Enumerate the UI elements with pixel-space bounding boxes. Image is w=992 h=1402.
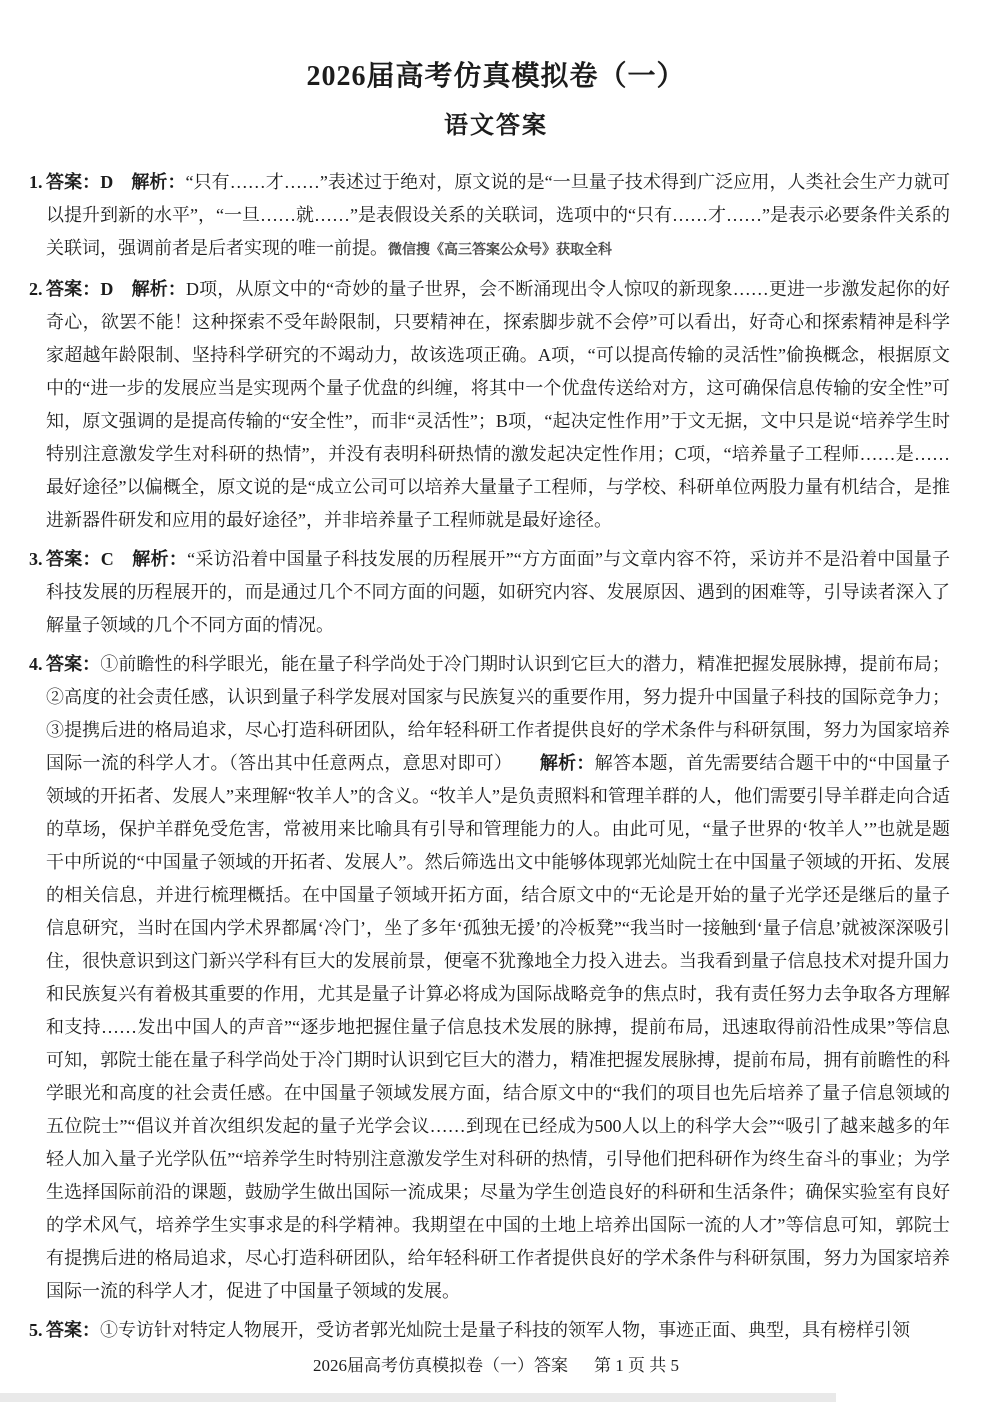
answer-label: 答案：D 解析： — [46, 279, 186, 299]
answer-number: 2. — [29, 273, 43, 306]
answer-item: 2.答案：D 解析：D项，从原文中的“奇妙的量子世界，会不断涌现出令人惊叹的新现… — [0, 273, 992, 537]
answer-label: 答案： — [46, 1320, 100, 1340]
answer-label: 答案：C 解析： — [46, 549, 187, 569]
answer-text: D项，从原文中的“奇妙的量子世界，会不断涌现出令人惊叹的新现象……更进一步激发起… — [46, 279, 950, 530]
watermark-text: 微信搜《高三答案公众号》获取全科 — [388, 243, 612, 258]
footer-title: 2026届高考仿真模拟卷（一）答案 — [313, 1356, 568, 1375]
answer-text: 解答本题，首先需要结合题干中的“中国量子领域的开拓者、发展人”来理解“牧羊人”的… — [46, 753, 950, 1301]
scan-edge-artifact — [0, 1393, 836, 1402]
answer-label: 答案：D 解析： — [46, 172, 186, 192]
answer-number: 5. — [29, 1314, 43, 1347]
page-subtitle: 语文答案 — [0, 111, 992, 141]
answer-label: 答案： — [46, 654, 100, 674]
answer-label: 解析： — [503, 753, 594, 773]
answer-item: 5.答案：①专访针对特定人物展开，受访者郭光灿院士是量子科技的领军人物，事迹正面… — [0, 1314, 992, 1347]
page-title: 2026届高考仿真模拟卷（一） — [0, 60, 992, 94]
answer-number: 1. — [29, 166, 43, 199]
answer-item: 4.答案：①前瞻性的科学眼光，能在量子科学尚处于冷门期时认识到它巨大的潜力，精准… — [0, 648, 992, 1308]
page-footer: 2026届高考仿真模拟卷（一）答案第 1 页 共 5 — [0, 1350, 992, 1382]
answers-list: 1.答案：D 解析：“只有……才……”表述过于绝对，原文说的是“一旦量子技术得到… — [0, 166, 992, 1347]
exam-answer-page: 2026届高考仿真模拟卷（一） 语文答案 1.答案：D 解析：“只有……才……”… — [0, 0, 992, 1402]
answer-number: 3. — [29, 543, 43, 576]
answer-number: 4. — [29, 648, 43, 681]
answer-item: 1.答案：D 解析：“只有……才……”表述过于绝对，原文说的是“一旦量子技术得到… — [0, 166, 992, 267]
answer-text: ①专访针对特定人物展开，受访者郭光灿院士是量子科技的领军人物，事迹正面、典型，具… — [100, 1320, 910, 1340]
answer-item: 3.答案：C 解析：“采访沿着中国量子科技发展的历程展开”“方方面面”与文章内容… — [0, 543, 992, 642]
footer-page-info: 第 1 页 共 5 — [594, 1356, 679, 1375]
